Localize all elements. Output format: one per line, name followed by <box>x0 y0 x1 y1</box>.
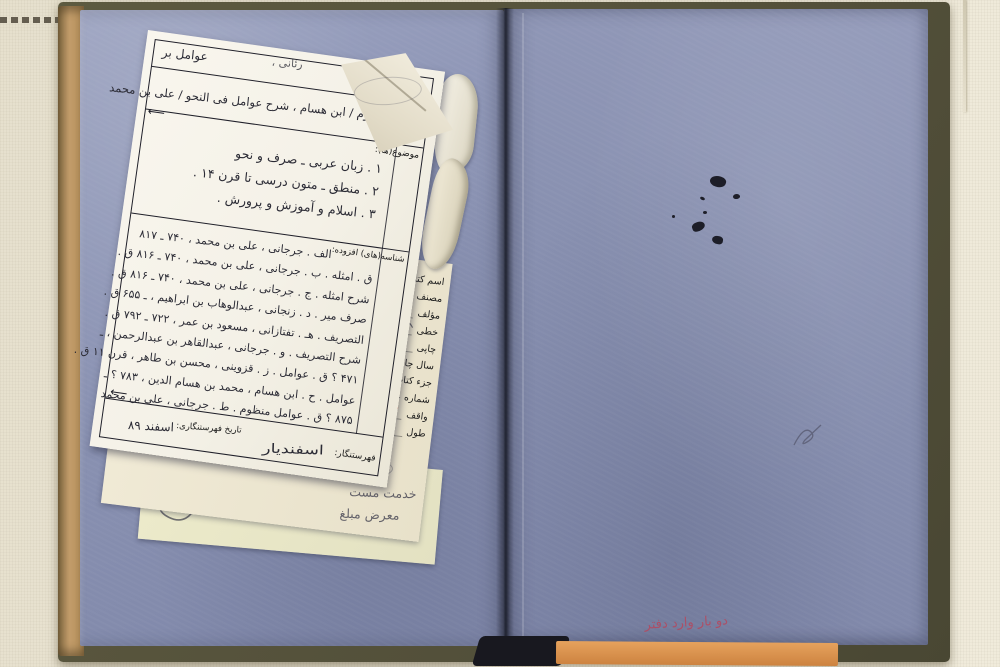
pencil-oval-mark <box>353 75 423 108</box>
catalog-slip: عوامل بر رئانی ، عوامل منظوم / ابن هسام … <box>90 30 446 488</box>
slip-added-entries-section: شناسه(های) افزوده: الف . جرجانی ، علی بن… <box>105 213 408 437</box>
added-entries-list: الف . جرجانی ، علی بن محمد ، ۷۴۰ ـ ۸۱۷ ق… <box>110 215 407 435</box>
pencil-note: معرض مبلغ <box>339 506 399 523</box>
ink-blot <box>711 235 723 245</box>
ink-blot <box>733 193 741 199</box>
cataloging-date-value: اسفند ۸۹ <box>128 418 175 434</box>
card-field-label: چاپی <box>416 342 437 355</box>
header-text-fragment: رئانی ، <box>271 56 303 71</box>
pencil-squiggle-mark <box>788 417 830 457</box>
right-endpaper-page: دو بار وارد دفتر <box>504 9 928 645</box>
ink-blot <box>703 211 707 214</box>
ink-blot <box>691 220 706 233</box>
card-field-label: طول <box>406 427 427 440</box>
header-text-fragment: عوامل بر <box>161 45 208 64</box>
book-gutter-shadow <box>496 8 514 648</box>
book-bottom-orange-edge <box>556 641 838 666</box>
left-arrow-mark: ⟵ <box>109 384 128 400</box>
page-crease <box>522 13 524 641</box>
page-texture <box>504 9 928 645</box>
ink-blot <box>700 196 706 201</box>
cataloging-date-label: تاریخ فهرستنگاری: <box>176 421 242 436</box>
red-handwritten-note: دو بار وارد دفتر <box>588 613 729 635</box>
ink-blot <box>709 174 728 189</box>
photo-scene: دو بار وارد دفتر با ید السطور کتاب اسم ک… <box>0 0 1000 667</box>
subjects-list: ۱ . زبان عربی ـ صرف و نحو ۲ . منطق ـ متو… <box>142 128 383 229</box>
cloth-crease <box>963 0 966 112</box>
cataloger-label: فهرستنگار: <box>334 448 376 464</box>
ink-blot <box>672 215 675 218</box>
cataloger-signature: اسفندیار <box>262 441 324 458</box>
